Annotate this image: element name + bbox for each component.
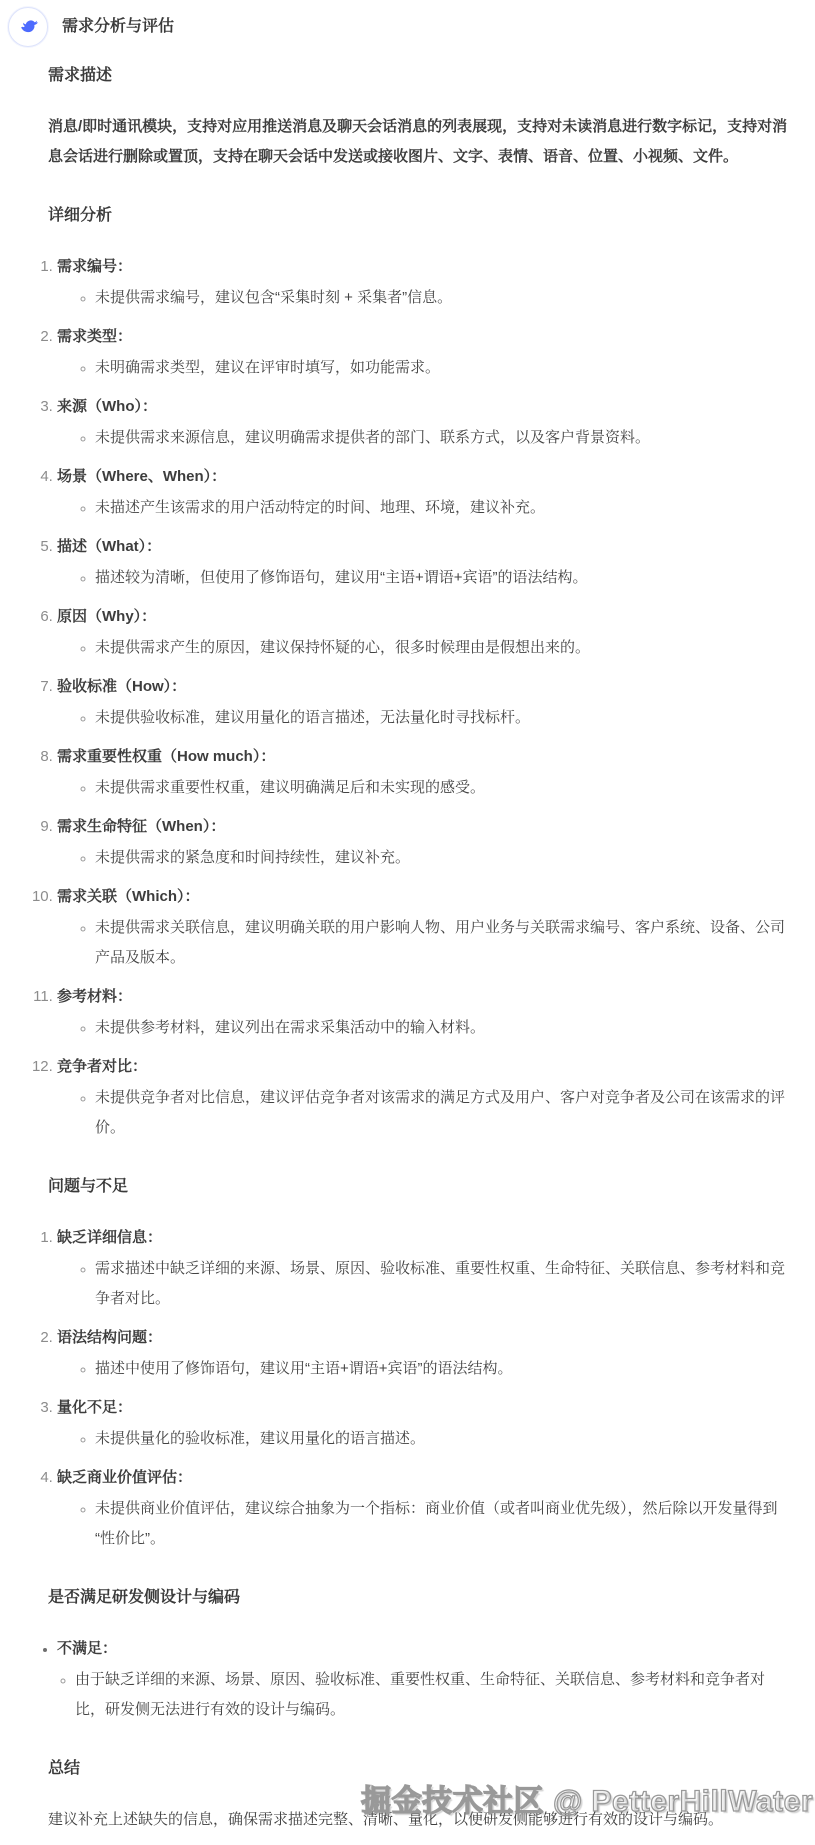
analysis-item: 来源（Who）： 未提供需求来源信息，建议明确需求提供者的部门、联系方式，以及客… [57,392,789,453]
item-term: 需求编号： [57,258,132,275]
analysis-item: 需求编号： 未提供需求编号，建议包含“采集时刻 + 采集者”信息。 [57,252,789,313]
item-term: 缺乏详细信息： [57,1229,162,1246]
item-desc: 未描述产生该需求的用户活动特定的时间、地理、环境，建议补充。 [95,493,789,523]
problem-item: 缺乏详细信息： 需求描述中缺乏详细的来源、场景、原因、验收标准、重要性权重、生命… [57,1223,789,1314]
item-term: 竞争者对比： [57,1058,147,1075]
item-desc: 未提供商业价值评估，建议综合抽象为一个指标：商业价值（或者叫商业优先级），然后除… [95,1494,789,1554]
item-term: 参考材料： [57,988,132,1005]
item-term: 需求生命特征（When）： [57,818,225,835]
item-term: 需求类型： [57,328,132,345]
problem-item: 语法结构问题： 描述中使用了修饰语句，建议用“主语+谓语+宾语”的语法结构。 [57,1323,789,1384]
item-desc: 需求描述中缺乏详细的来源、场景、原因、验收标准、重要性权重、生命特征、关联信息、… [95,1254,789,1314]
item-desc: 未提供参考材料，建议列出在需求采集活动中的输入材料。 [95,1013,789,1043]
analysis-item: 原因（Why）： 未提供需求产生的原因，建议保持怀疑的心，很多时候理由是假想出来… [57,602,789,663]
message-header: 需求分析与评估 [8,6,789,48]
item-term: 缺乏商业价值评估： [57,1469,192,1486]
item-desc: 未明确需求类型，建议在评审时填写，如功能需求。 [95,353,789,383]
item-term: 场景（Where、When）： [57,468,226,485]
analysis-item: 参考材料： 未提供参考材料，建议列出在需求采集活动中的输入材料。 [57,982,789,1043]
deepseek-whale-icon [16,15,40,39]
item-desc: 未提供量化的验收标准，建议用量化的语言描述。 [95,1424,789,1454]
problems-list: 缺乏详细信息： 需求描述中缺乏详细的来源、场景、原因、验收标准、重要性权重、生命… [48,1223,789,1554]
item-desc: 未提供竞争者对比信息，建议评估竞争者对该需求的满足方式及用户、客户对竞争者及公司… [95,1083,789,1143]
chat-message-page: 需求分析与评估 需求描述 消息/即时通讯模块，支持对应用推送消息及聊天会话消息的… [0,0,815,1845]
analysis-item: 描述（What）： 描述较为清晰，但使用了修饰语句，建议用“主语+谓语+宾语”的… [57,532,789,593]
item-term: 描述（What）： [57,538,161,555]
item-term: 语法结构问题： [57,1329,162,1346]
item-desc: 未提供需求编号，建议包含“采集时刻 + 采集者”信息。 [95,283,789,313]
problem-item: 量化不足： 未提供量化的验收标准，建议用量化的语言描述。 [57,1393,789,1454]
item-desc: 未提供验收标准，建议用量化的语言描述，无法量化时寻找标杆。 [95,703,789,733]
detailed-analysis-list: 需求编号： 未提供需求编号，建议包含“采集时刻 + 采集者”信息。 需求类型： … [48,252,789,1143]
analysis-item: 需求生命特征（When）： 未提供需求的紧急度和时间持续性，建议补充。 [57,812,789,873]
page-title: 需求分析与评估 [62,16,174,38]
item-desc: 描述中使用了修饰语句，建议用“主语+谓语+宾语”的语法结构。 [95,1354,789,1384]
deepseek-avatar [8,7,48,47]
item-desc: 未提供需求重要性权重，建议明确满足后和未实现的感受。 [95,773,789,803]
analysis-item: 验收标准（How）： 未提供验收标准，建议用量化的语言描述，无法量化时寻找标杆。 [57,672,789,733]
item-term: 需求重要性权重（How much）： [57,748,275,765]
item-desc: 未提供需求产生的原因，建议保持怀疑的心，很多时候理由是假想出来的。 [95,633,789,663]
section-heading-problems: 问题与不足 [48,1175,789,1199]
section-heading-summary: 总结 [48,1757,789,1781]
item-desc: 未提供需求的紧急度和时间持续性，建议补充。 [95,843,789,873]
item-desc: 未提供需求关联信息，建议明确关联的用户影响人物、用户业务与关联需求编号、客户系统… [95,913,789,973]
item-term: 来源（Who）： [57,398,157,415]
summary-paragraph: 建议补充上述缺失的信息，确保需求描述完整、清晰、量化，以便研发侧能够进行有效的设… [48,1805,789,1835]
analysis-item: 需求关联（Which）： 未提供需求关联信息，建议明确关联的用户影响人物、用户业… [57,882,789,973]
item-desc: 未提供需求来源信息，建议明确需求提供者的部门、联系方式，以及客户背景资料。 [95,423,789,453]
message-content: 需求描述 消息/即时通讯模块，支持对应用推送消息及聊天会话消息的列表展现，支持对… [48,64,789,1835]
section-heading-rd-readiness: 是否满足研发侧设计与编码 [48,1586,789,1610]
analysis-item: 需求重要性权重（How much）： 未提供需求重要性权重，建议明确满足后和未实… [57,742,789,803]
requirement-desc-paragraph: 消息/即时通讯模块，支持对应用推送消息及聊天会话消息的列表展现，支持对未读消息进… [48,112,789,172]
analysis-item: 场景（Where、When）： 未描述产生该需求的用户活动特定的时间、地理、环境… [57,462,789,523]
problem-item: 缺乏商业价值评估： 未提供商业价值评估，建议综合抽象为一个指标：商业价值（或者叫… [57,1463,789,1554]
item-term: 原因（Why）： [57,608,156,625]
analysis-item: 竞争者对比： 未提供竞争者对比信息，建议评估竞争者对该需求的满足方式及用户、客户… [57,1052,789,1143]
item-term: 需求关联（Which）： [57,888,200,905]
rd-readiness-item: 不满足： 由于缺乏详细的来源、场景、原因、验收标准、重要性权重、生命特征、关联信… [57,1634,789,1725]
section-heading-detailed-analysis: 详细分析 [48,204,789,228]
item-desc: 由于缺乏详细的来源、场景、原因、验收标准、重要性权重、生命特征、关联信息、参考材… [75,1665,789,1725]
item-term: 量化不足： [57,1399,132,1416]
rd-readiness-list: 不满足： 由于缺乏详细的来源、场景、原因、验收标准、重要性权重、生命特征、关联信… [48,1634,789,1725]
item-desc: 描述较为清晰，但使用了修饰语句，建议用“主语+谓语+宾语”的语法结构。 [95,563,789,593]
item-term: 验收标准（How）： [57,678,186,695]
item-term: 不满足： [57,1640,117,1657]
section-heading-requirement-desc: 需求描述 [48,64,789,88]
analysis-item: 需求类型： 未明确需求类型，建议在评审时填写，如功能需求。 [57,322,789,383]
